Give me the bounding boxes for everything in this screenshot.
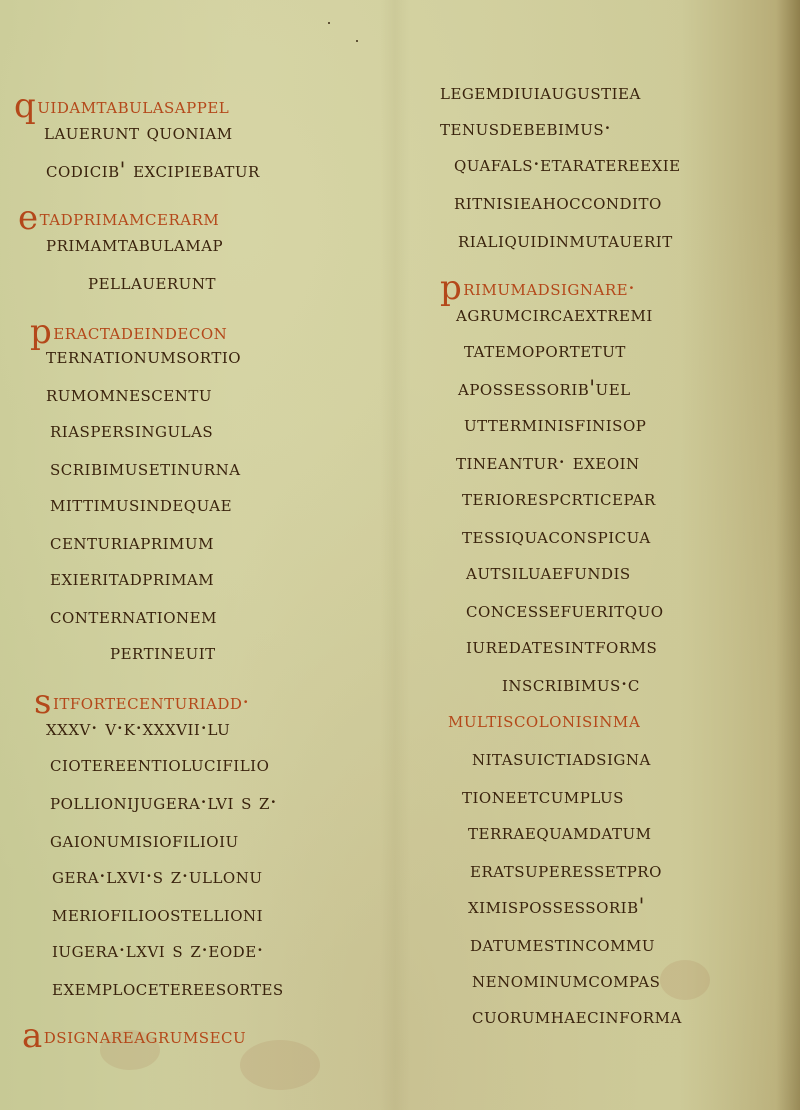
text-line: pollionijugera·lvi s z·: [50, 790, 277, 814]
text-line: quafals·etaratereexie: [454, 152, 681, 176]
text-line: gaionumisiofilioiu: [50, 828, 239, 852]
ink-speck: [328, 22, 330, 24]
text-line: nitasuictiadsigna: [472, 746, 651, 770]
text-line: mittimusindequae: [50, 492, 232, 516]
text-line: pertineuit: [110, 640, 216, 664]
text-line: centuriaprimum: [50, 530, 214, 554]
text-line: agrumcircaextremi: [456, 302, 653, 326]
text-line: tineantur· exeoin: [456, 450, 640, 474]
text-line: concessefueritquo: [466, 598, 664, 622]
rubric-line: Quidamtabulasappel: [14, 82, 229, 122]
manuscript-page: Quidamtabulasappellauerunt quoniamcodici…: [0, 0, 800, 1110]
text-line: gera·lxvi·s z·ullonu: [52, 864, 262, 888]
page-fold: [380, 0, 410, 1110]
text-line: tatemoportetut: [464, 338, 626, 362]
text-line: rialiquidinmutauerit: [458, 228, 673, 252]
decorated-initial: Q: [14, 86, 36, 126]
text-line: meriofilioostellioni: [52, 902, 263, 926]
text-line: scribimusetinurna: [50, 456, 241, 480]
decorated-initial: E: [18, 198, 39, 238]
text-line: nenominumcompas: [472, 968, 660, 992]
text-line: iugera·lxvi s z·eode·: [52, 938, 264, 962]
rubric-line: multiscolonisinmа: [448, 708, 641, 732]
line-text: eractadeindecon: [53, 320, 227, 344]
text-line: primamtabulamap: [46, 232, 223, 256]
text-line: exieritadprimam: [50, 566, 214, 590]
text-line: exemplocetereesortes: [52, 976, 284, 1000]
text-line: pellauerunt: [88, 270, 216, 294]
text-line: ciotereentiolucifilio: [50, 752, 269, 776]
text-line: cuorumhaecinforma: [472, 1004, 682, 1028]
text-line: ximispossessorib': [468, 894, 645, 918]
text-line: tessiquaconspicua: [462, 524, 651, 548]
text-line: ritnisieahoccondito: [454, 190, 662, 214]
line-text: itfortecenturiadd·: [53, 690, 250, 714]
text-line: eratsuperessetpro: [470, 858, 662, 882]
text-line: rumomnescentu: [46, 382, 212, 406]
text-line: apossessorib'uel: [458, 376, 631, 400]
text-line: terraequamdatum: [468, 820, 652, 844]
text-line: datumestincommu: [470, 932, 655, 956]
text-line: xxxv· v·k·xxxvii·lu: [46, 716, 230, 740]
text-line: autsiluaefundis: [466, 560, 631, 584]
text-line: teriorespcrticepar: [462, 486, 656, 510]
parchment-stain: [240, 1040, 320, 1090]
rubric-line: Peractadeindecon: [30, 308, 227, 348]
decorated-initial: A: [22, 1016, 43, 1056]
text-line: ternationumsortio: [46, 344, 241, 368]
rubric-line: Sitfortecenturiadd·: [34, 678, 250, 718]
text-line: conternationem: [50, 604, 217, 628]
line-text: rimumadsignare·: [463, 276, 635, 300]
rubric-line: Etadprimamcerarm: [18, 194, 219, 234]
text-line: riaspersingulas: [50, 418, 213, 442]
ink-speck: [356, 40, 358, 42]
text-line: utterminisfinisop: [464, 412, 646, 436]
rubric-line: Adsignareagrumsecu: [22, 1012, 246, 1052]
line-text: tadprimamcerarm: [40, 206, 220, 230]
text-line: lauerunt quoniam: [44, 120, 233, 144]
text-line: tenusdebebimus·: [440, 116, 611, 140]
rubric-line: Primumadsignare·: [440, 264, 635, 304]
text-line: codicib' excipiebatur: [46, 158, 260, 182]
text-line: tioneetcumplus: [462, 784, 624, 808]
text-line: inscribimus·c: [502, 672, 640, 696]
line-text: uidamtabulasappel: [37, 94, 229, 118]
parchment-stain: [660, 960, 710, 1000]
line-text: dsignareagrumsecu: [44, 1024, 246, 1048]
text-line: legemdiuiaugustiea: [440, 80, 641, 104]
text-line: iuredatesintforms: [466, 634, 657, 658]
